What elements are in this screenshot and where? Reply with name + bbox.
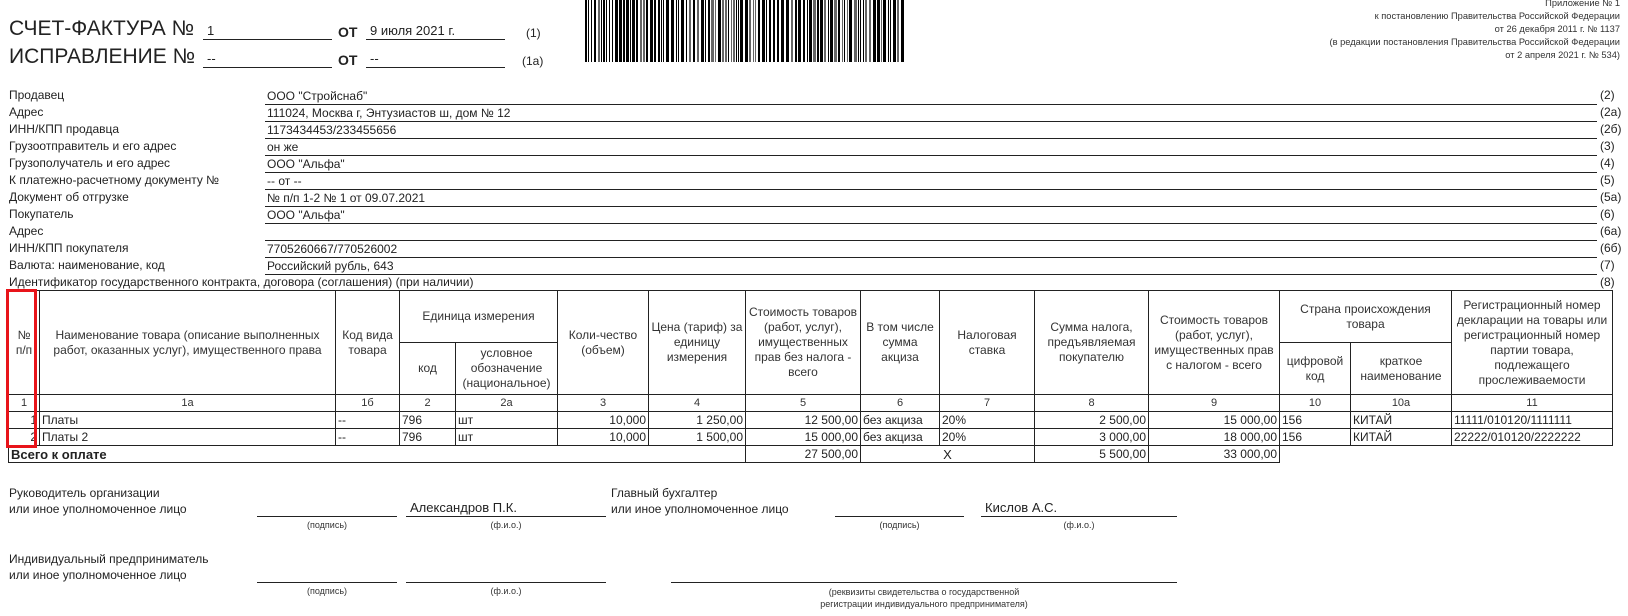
column-number: 3	[558, 395, 649, 412]
cell-unit-symbol: шт	[456, 429, 558, 446]
invoice-title: СЧЕТ-ФАКТУРА №	[9, 17, 194, 41]
head-signature-caption: (подпись)	[257, 520, 397, 530]
field-label: Идентификатор государственного контракта…	[9, 274, 473, 291]
field-label: ИНН/КПП покупателя	[9, 240, 128, 257]
header-reg-number: Регистрационный номер декларации на това…	[1452, 291, 1613, 395]
field-value: он же	[265, 139, 1597, 156]
column-number: 10а	[1351, 395, 1452, 412]
appendix-line: (в редакции постановления Правительства …	[1330, 36, 1621, 49]
ip-label-1: Индивидуальный предприниматель	[9, 551, 208, 568]
field-code: (4)	[1600, 155, 1615, 172]
field-code: (2б)	[1600, 121, 1622, 138]
ip-registration-caption: (реквизиты свидетельства о государственн…	[671, 586, 1177, 610]
ip-registration-caption-2: регистрации индивидуального предпринимат…	[671, 598, 1177, 610]
cell-excise: без акциза	[861, 412, 940, 429]
field-code: (6б)	[1600, 240, 1622, 257]
column-number: 4	[649, 395, 746, 412]
invoice-date: 9 июля 2021 г.	[366, 22, 505, 40]
head-name: Александров П.К.	[406, 500, 606, 517]
correction-ot-label: ОТ	[338, 52, 357, 68]
appendix-line: к постановлению Правительства Российской…	[1330, 10, 1621, 23]
total-tax-sum: 5 500,00	[1035, 446, 1149, 463]
column-number: 11	[1452, 395, 1613, 412]
cell-num: 1	[9, 412, 40, 429]
head-signature-line[interactable]	[257, 500, 397, 517]
field-label: Грузоотправитель и его адрес	[9, 138, 176, 155]
header-name: Наименование товара (описание выполненны…	[40, 291, 336, 395]
cell-country-code: 156	[1280, 429, 1351, 446]
cell-unit-code: 796	[400, 429, 456, 446]
field-value: -- от --	[265, 173, 1597, 190]
cell-unit-symbol: шт	[456, 412, 558, 429]
field-code: (5)	[1600, 172, 1615, 189]
field-label: Документ об отгрузке	[9, 189, 129, 206]
total-empty	[1280, 446, 1613, 463]
cell-tax-sum: 2 500,00	[1035, 412, 1149, 429]
invoice-number: 1	[203, 22, 332, 40]
appendix-line: от 26 декабря 2011 г. № 1137	[1330, 23, 1621, 36]
invoice-code: (1)	[526, 26, 541, 40]
ip-signature-caption: (подпись)	[257, 586, 397, 596]
column-number: 1	[9, 395, 40, 412]
field-label: Адрес	[9, 104, 43, 121]
field-value: Российский рубль, 643	[265, 258, 1597, 275]
field-code: (7)	[1600, 257, 1615, 274]
cell-name: Платы	[40, 412, 336, 429]
cell-cost-with-tax: 15 000,00	[1149, 412, 1280, 429]
cell-qty: 10,000	[558, 412, 649, 429]
field-value	[265, 224, 1597, 241]
accountant-fio-caption: (ф.и.о.)	[981, 520, 1177, 530]
correction-date: --	[366, 50, 505, 68]
field-code: (3)	[1600, 138, 1615, 155]
header-country: Страна происхождения товара	[1280, 291, 1452, 343]
header-price: Цена (тариф) за единицу измерения	[649, 291, 746, 395]
cell-cost-no-tax: 12 500,00	[746, 412, 861, 429]
accountant-name: Кислов А.С.	[981, 500, 1177, 517]
header-qty: Коли-чество (объем)	[558, 291, 649, 395]
table-row: 1Платы--796шт10,0001 250,0012 500,00без …	[9, 412, 1613, 429]
field-value: 1173434453/233455656	[265, 122, 1597, 139]
header-tax-rate: Налоговая ставка	[940, 291, 1035, 395]
cell-country-name: КИТАЙ	[1351, 412, 1452, 429]
field-label: ИНН/КПП продавца	[9, 121, 119, 138]
correction-number: --	[203, 50, 332, 68]
total-cost-no-tax: 27 500,00	[746, 446, 861, 463]
head-label-2: или иное уполномоченное лицо	[9, 501, 187, 518]
column-number: 8	[1035, 395, 1149, 412]
column-number: 10	[1280, 395, 1351, 412]
ip-label-2: или иное уполномоченное лицо	[9, 567, 187, 584]
cell-unit-code: 796	[400, 412, 456, 429]
header-country-code: цифровой код	[1280, 343, 1351, 395]
cell-qty: 10,000	[558, 429, 649, 446]
cell-kind-code: --	[336, 429, 400, 446]
field-code: (2а)	[1600, 104, 1621, 121]
field-value: ООО "Альфа"	[265, 156, 1597, 173]
ip-registration-line[interactable]	[671, 566, 1177, 583]
invoice-ot-label: ОТ	[338, 24, 357, 40]
cell-num: 2	[9, 429, 40, 446]
total-cost-with-tax: 33 000,00	[1149, 446, 1280, 463]
cell-tax-rate: 20%	[940, 429, 1035, 446]
header-cost-no-tax: Стоимость товаров (работ, услуг), имущес…	[746, 291, 861, 395]
total-excise: X	[861, 446, 1035, 463]
appendix-line: от 2 апреля 2021 г. № 534)	[1330, 49, 1621, 62]
accountant-signature-line[interactable]	[835, 500, 964, 517]
column-number: 5	[746, 395, 861, 412]
header-tax-sum: Сумма налога, предъявляемая покупателю	[1035, 291, 1149, 395]
head-fio-caption: (ф.и.о.)	[406, 520, 606, 530]
cell-excise: без акциза	[861, 429, 940, 446]
total-label: Всего к оплате	[9, 446, 746, 463]
appendix-note: Приложение № 1 к постановлению Правитель…	[1330, 0, 1621, 62]
column-number: 7	[940, 395, 1035, 412]
accountant-label-1: Главный бухгалтер	[611, 485, 717, 502]
column-number-row: 11а1б22а34567891010а11	[9, 395, 1613, 412]
header-num: № п/п	[9, 291, 40, 395]
field-label: Адрес	[9, 223, 43, 240]
cell-reg-number: 22222/010120/2222222	[1452, 429, 1613, 446]
column-number: 2а	[456, 395, 558, 412]
table-row: 2Платы 2--796шт10,0001 500,0015 000,00бе…	[9, 429, 1613, 446]
ip-registration-caption-1: (реквизиты свидетельства о государственн…	[671, 586, 1177, 598]
header-country-name: краткое наименование	[1351, 343, 1452, 395]
cell-country-name: КИТАЙ	[1351, 429, 1452, 446]
header-kind-code: Код вида товара	[336, 291, 400, 395]
cell-tax-sum: 3 000,00	[1035, 429, 1149, 446]
cell-cost-with-tax: 18 000,00	[1149, 429, 1280, 446]
cell-tax-rate: 20%	[940, 412, 1035, 429]
column-number: 6	[861, 395, 940, 412]
header-unit: Единица измерения	[400, 291, 558, 343]
cell-price: 1 500,00	[649, 429, 746, 446]
field-label: К платежно-расчетному документу №	[9, 172, 219, 189]
field-code: (2)	[1600, 87, 1615, 104]
cell-name: Платы 2	[40, 429, 336, 446]
header-unit-code: код	[400, 343, 456, 395]
field-label: Валюта: наименование, код	[9, 257, 165, 274]
correction-title: ИСПРАВЛЕНИЕ №	[9, 45, 195, 69]
field-label: Грузополучатель и его адрес	[9, 155, 170, 172]
field-code: (8)	[1600, 274, 1615, 291]
cell-country-code: 156	[1280, 412, 1351, 429]
ip-signature-line[interactable]	[257, 566, 397, 583]
cell-cost-no-tax: 15 000,00	[746, 429, 861, 446]
field-code: (6а)	[1600, 223, 1621, 240]
field-label: Покупатель	[9, 206, 73, 223]
header-excise: В том числе сумма акциза	[861, 291, 940, 395]
head-label-1: Руководитель организации	[9, 485, 160, 502]
total-row: Всего к оплате 27 500,00 X 5 500,00 33 0…	[9, 446, 1613, 463]
field-code: (6)	[1600, 206, 1615, 223]
column-number: 1б	[336, 395, 400, 412]
header-cost-with-tax: Стоимость товаров (работ, услуг), имущес…	[1149, 291, 1280, 395]
column-number: 9	[1149, 395, 1280, 412]
column-number: 1а	[40, 395, 336, 412]
accountant-signature-caption: (подпись)	[835, 520, 964, 530]
correction-code: (1а)	[522, 54, 543, 68]
field-label: Продавец	[9, 87, 64, 104]
field-value: 7705260667/770526002	[265, 241, 1597, 258]
accountant-label-2: или иное уполномоченное лицо	[611, 501, 789, 518]
header-unit-symbol: условное обозначение (национальное)	[456, 343, 558, 395]
field-value: № п/п 1-2 № 1 от 09.07.2021	[265, 190, 1597, 207]
cell-reg-number: 11111/010120/1111111	[1452, 412, 1613, 429]
column-number: 2	[400, 395, 456, 412]
field-code: (5а)	[1600, 189, 1621, 206]
cell-kind-code: --	[336, 412, 400, 429]
appendix-line: Приложение № 1	[1330, 0, 1621, 10]
cell-price: 1 250,00	[649, 412, 746, 429]
field-value: ООО "Стройснаб"	[265, 88, 1597, 105]
field-value: 111024, Москва г, Энтузиастов ш, дом № 1…	[265, 105, 1597, 122]
field-value: ООО "Альфа"	[265, 207, 1597, 224]
barcode-image	[585, 0, 905, 64]
invoice-table: № п/п Наименование товара (описание выпо…	[8, 290, 1613, 463]
ip-fio-caption: (ф.и.о.)	[406, 586, 606, 596]
ip-name-line[interactable]	[406, 566, 606, 583]
